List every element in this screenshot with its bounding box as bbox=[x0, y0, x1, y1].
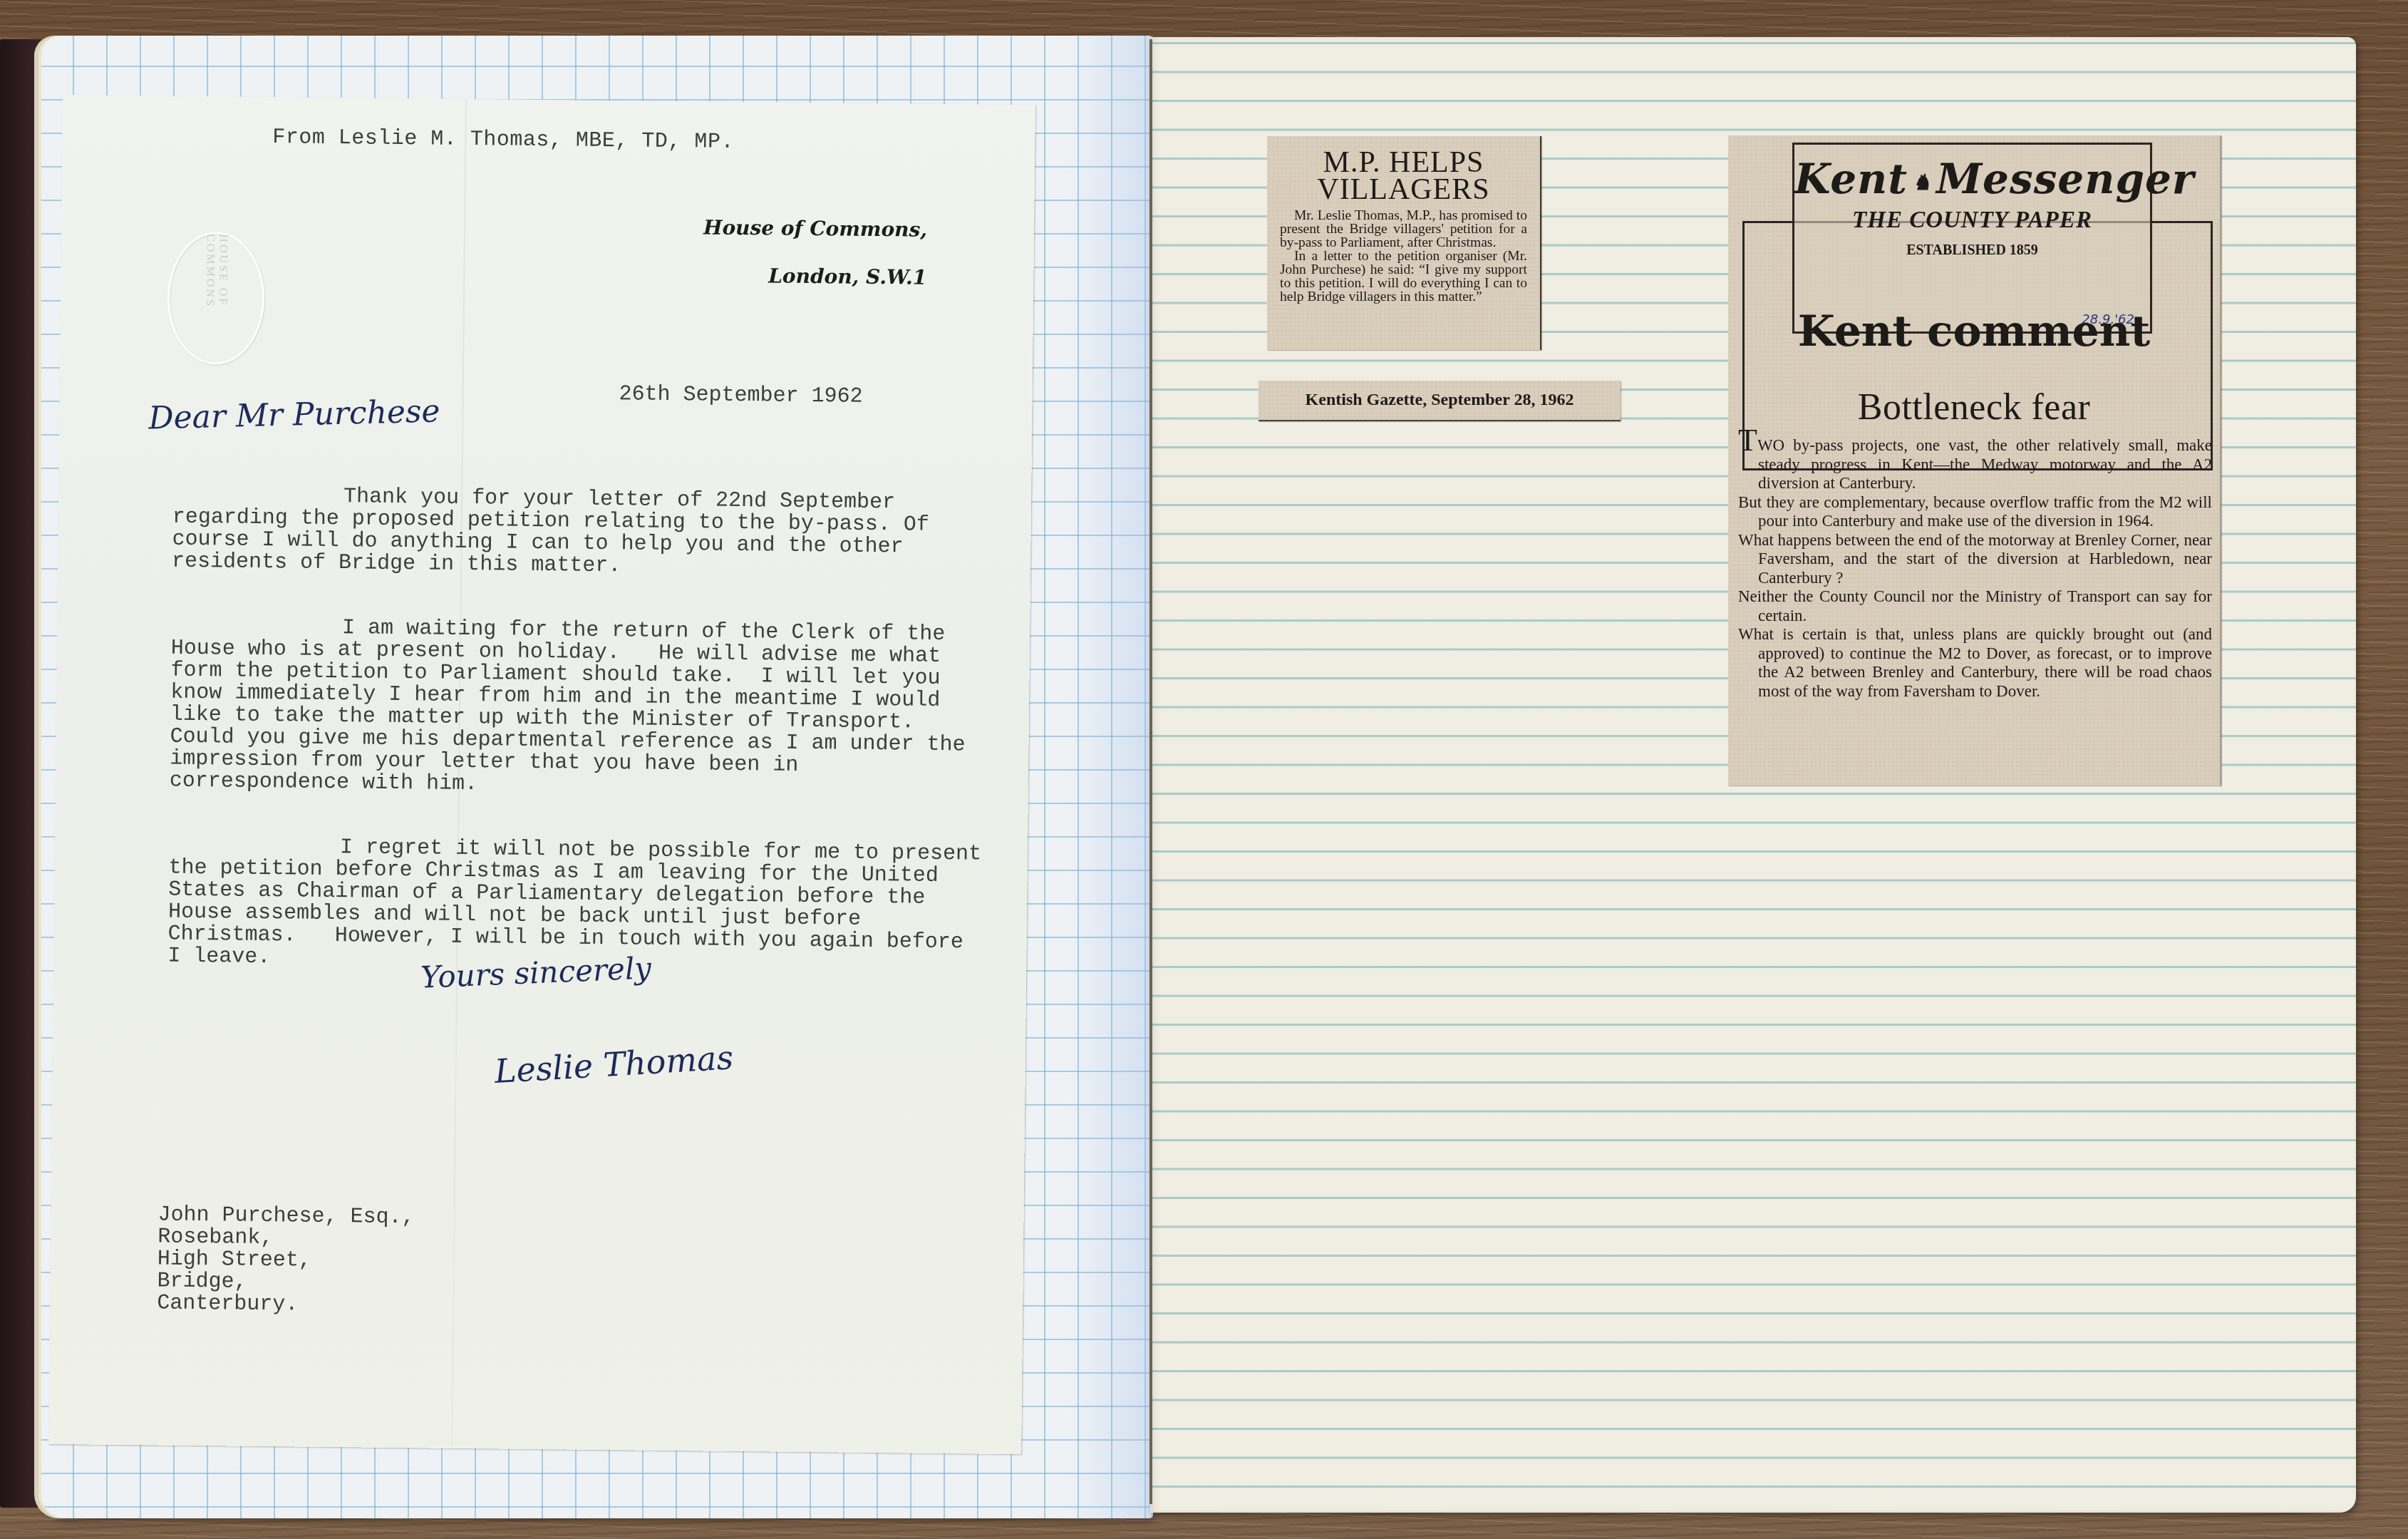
letter-from-line: From Leslie M. Thomas, MBE, TD, MP. bbox=[272, 125, 734, 155]
handwritten-salutation: Dear Mr Purchese bbox=[148, 393, 440, 436]
letterhead-line: House of Commons, bbox=[703, 215, 927, 241]
section-title: Kent comment bbox=[1728, 307, 2220, 356]
letter: From Leslie M. Thomas, MBE, TD, MP. Hous… bbox=[48, 95, 1035, 1454]
house-of-commons-seal-icon: House of Commons bbox=[167, 232, 265, 365]
seal-label: House of Commons bbox=[202, 234, 229, 362]
masthead-established: ESTABLISHED 1859 bbox=[1794, 242, 2150, 259]
article-paragraph: What is certain is that, unless plans ar… bbox=[1738, 625, 2212, 701]
letterhead-address: House of Commons, London, S.W.1 bbox=[703, 215, 927, 313]
letter-paragraph: Thank you for your letter of 22nd Septem… bbox=[172, 485, 992, 582]
letter-body: Thank you for your letter of 22nd Septem… bbox=[167, 485, 993, 1019]
letter-paragraph: I am waiting for the return of the Clerk… bbox=[170, 616, 991, 801]
letterhead-line: London, S.W.1 bbox=[703, 263, 926, 289]
clipping-body: Mr. Leslie Thomas, M.P., has promised to… bbox=[1274, 209, 1533, 304]
horse-crest-icon: ♞ bbox=[1912, 170, 1932, 195]
masthead-title: Kent♞Messenger bbox=[1794, 155, 2150, 203]
masthead: Kent♞Messenger THE COUNTY PAPER ESTABLIS… bbox=[1792, 143, 2152, 334]
article-paragraph: TWO by-pass projects, one vast, the othe… bbox=[1738, 433, 2212, 493]
masthead-tagline: THE COUNTY PAPER bbox=[1794, 207, 2150, 234]
clipping-source-label: Kentish Gazette, September 28, 1962 bbox=[1259, 381, 1621, 421]
clipping-paragraph: In a letter to the petition organiser (M… bbox=[1280, 249, 1527, 304]
page-spine-edge bbox=[1149, 39, 1152, 1504]
clipping-headline: M.P. HELPS VILLAGERS bbox=[1274, 149, 1533, 203]
article-paragraph: What happens between the end of the moto… bbox=[1738, 531, 2212, 588]
handwritten-signature: Leslie Thomas bbox=[493, 1038, 734, 1091]
drop-cap: T bbox=[1738, 423, 1757, 458]
article-headline: Bottleneck fear bbox=[1728, 386, 2220, 428]
article-paragraph: Neither the County Council nor the Minis… bbox=[1738, 587, 2212, 625]
recipient-address: John Purchese, Esq., Rosebank, High Stre… bbox=[157, 1204, 415, 1317]
clipping-mp-helps-villagers: M.P. HELPS VILLAGERS Mr. Leslie Thomas, … bbox=[1267, 136, 1541, 350]
article-body: TWO by-pass projects, one vast, the othe… bbox=[1738, 433, 2212, 701]
letter-date: 26th September 1962 bbox=[619, 382, 862, 409]
clipping-paragraph: Mr. Leslie Thomas, M.P., has promised to… bbox=[1280, 209, 1527, 249]
article-paragraph: But they are complementary, because over… bbox=[1738, 493, 2212, 531]
address-line: Canterbury. bbox=[157, 1292, 413, 1317]
clipping-kent-messenger: Kent♞Messenger THE COUNTY PAPER ESTABLIS… bbox=[1728, 135, 2221, 786]
